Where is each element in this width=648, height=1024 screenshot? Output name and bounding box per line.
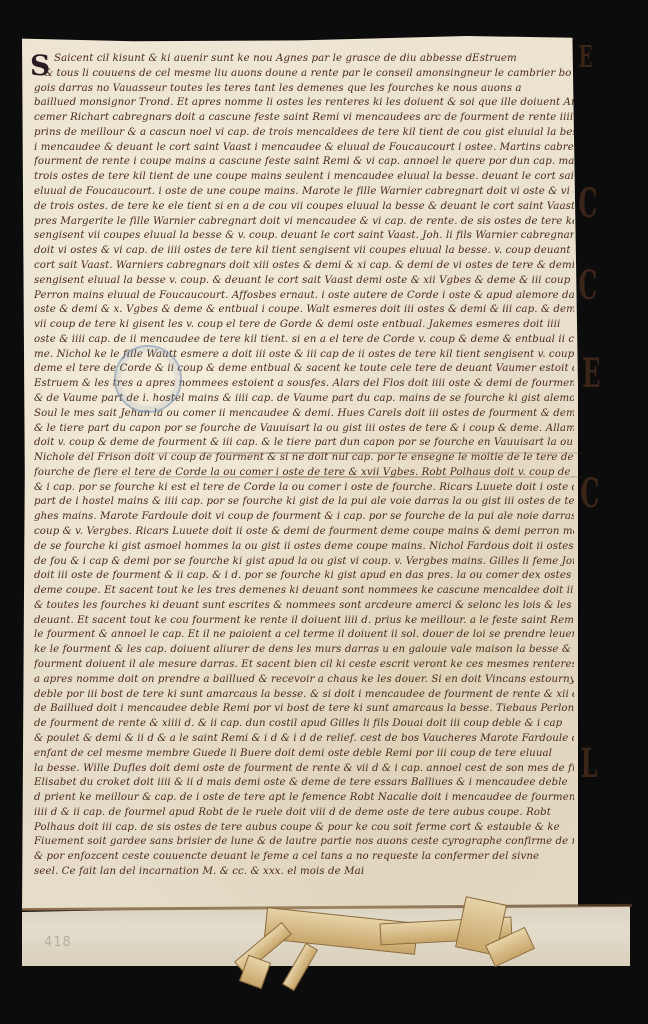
charter-line: Fiuement soit gardee sans brisier de lun… [34, 835, 574, 850]
charter-text-block: Saicent cil kisunt & ki auenir sunt ke n… [34, 52, 574, 880]
charter-line: & por enfozcent ceste couuencte deuant l… [34, 850, 574, 865]
charter-line: de fourment de rente & xiiii d. & ii cap… [34, 717, 574, 732]
charter-line: Elisabet du croket doit iiii & ii d mais… [34, 776, 574, 791]
charter-line: i mencaudee & deuant le cort saint Vaast… [34, 141, 574, 156]
charter-line: & tous li couuens de cel mesme liu auons… [34, 67, 574, 82]
dorsal-letter: C [578, 180, 597, 227]
charter-line: le fourment & annoel le cap. Et il ne pa… [34, 628, 574, 643]
charter-line: deble por iii bost de tere ki sunt amarc… [34, 688, 574, 703]
charter-line: cemer Richart cabregnars doit a cascune … [34, 111, 574, 126]
charter-line: sengisent vii coupes eluual la besse & v… [34, 229, 574, 244]
dorsal-letter: C [578, 262, 597, 309]
charter-line: cort sait Vaast. Warniers cabregnars doi… [34, 259, 574, 274]
charter-line: & le tiere part du capon por se fourche … [34, 422, 574, 437]
charter-line: fourche de fiere el tere de Corde la ou … [34, 466, 574, 481]
charter-line: & toutes les fourches ki deuant sunt esc… [34, 599, 574, 614]
charter-line: Soul le mes sait Jehan la ou comer ii me… [34, 407, 574, 422]
charter-line: & de Vaume part de i. hostel mains & iii… [34, 392, 574, 407]
charter-line: coup & v. Vergbes. Ricars Luuete doit ii… [34, 525, 574, 540]
dorsal-letter: E [582, 350, 600, 397]
charter-line: seel. Ce fait lan del incarnation M. & c… [34, 865, 574, 880]
shelfmark-number: 418 [44, 935, 72, 950]
charter-line: doit v. coup & deme de fourment & iii ca… [34, 436, 574, 451]
charter-line: part de i hostel mains & iiii cap. por s… [34, 495, 574, 510]
charter-line: pres Margerite le fille Warnier cabregna… [34, 215, 574, 230]
charter-line: de fou & i cap & demi por se fourche ki … [34, 555, 574, 570]
charter-line: & i cap. por se fourche ki est el tere d… [34, 481, 574, 496]
charter-line: trois ostes de tere kil tient de une cou… [34, 170, 574, 185]
dorsal-letter: E [579, 40, 593, 75]
charter-line: Nichole del Frison doit vi coup de fourm… [34, 451, 574, 466]
charter-line: vii coup de tere ki gisent les v. coup e… [34, 318, 574, 333]
charter-line: Saicent cil kisunt & ki auenir sunt ke n… [34, 52, 574, 67]
charter-line: baillued monsignor Trond. Et apres nomme… [34, 96, 574, 111]
charter-line: gois darras no Vauasseur toutes les tere… [34, 82, 574, 97]
charter-line: deuant. Et sacent tout ke cou fourment k… [34, 614, 574, 629]
charter-line: ke le fourment & les cap. doiuent aliure… [34, 643, 574, 658]
charter-line: fourment de rente i coupe mains a cascun… [34, 155, 574, 170]
charter-line: la besse. Wille Dufles doit demi oste de… [34, 762, 574, 777]
charter-line: & poulet & demi & ii d & a le saint Remi… [34, 732, 574, 747]
charter-line: fourment doiuent il ale mesure darras. E… [34, 658, 574, 673]
charter-line: a apres nomme doit on prendre a baillued… [34, 673, 574, 688]
charter-line: me. Nichol ke le fille Wautt esmere a do… [34, 348, 574, 363]
charter-line: doit iii oste de fourment & ii cap. & i … [34, 569, 574, 584]
charter-line: eluual de Foucaucourt. i oste de une cou… [34, 185, 574, 200]
charter-line: oste & demi & x. Vgbes & deme & entbual … [34, 303, 574, 318]
charter-line: oste & iiii cap. de ii mencaudee de tere… [34, 333, 574, 348]
library-stamp-icon [114, 345, 182, 413]
charter-line: Polhaus doit iii cap. de sis ostes de te… [34, 821, 574, 836]
charter-line: sengisent eluual la besse v. coup. & deu… [34, 274, 574, 289]
dorsal-letter: C [580, 470, 599, 517]
charter-line: deme coupe. Et sacent tout ke les tres d… [34, 584, 574, 599]
charter-line: de Baillued doit i mencaudee deble Remi … [34, 702, 574, 717]
dorsal-letter: L [581, 740, 598, 787]
charter-line: doit vi ostes & vi cap. de iiii ostes de… [34, 244, 574, 259]
charter-line: Perron mains eluual de Foucaucourt. Affo… [34, 289, 574, 304]
charter-line: de se fourche ki gist asmoel hommes la o… [34, 540, 574, 555]
charter-line: de trois ostes. de tere ke ele tient si … [34, 200, 574, 215]
charter-line: enfant de cel mesme membre Guede li Buer… [34, 747, 574, 762]
charter-line: ghes mains. Marote Fardoule doit vi coup… [34, 510, 574, 525]
charter-line: iiii d & ii cap. de fourmel apud Robt de… [34, 806, 574, 821]
charter-line: d prient ke meillour & cap. de i oste de… [34, 791, 574, 806]
charter-line: prins de meillour & a cascun noel vi cap… [34, 126, 574, 141]
